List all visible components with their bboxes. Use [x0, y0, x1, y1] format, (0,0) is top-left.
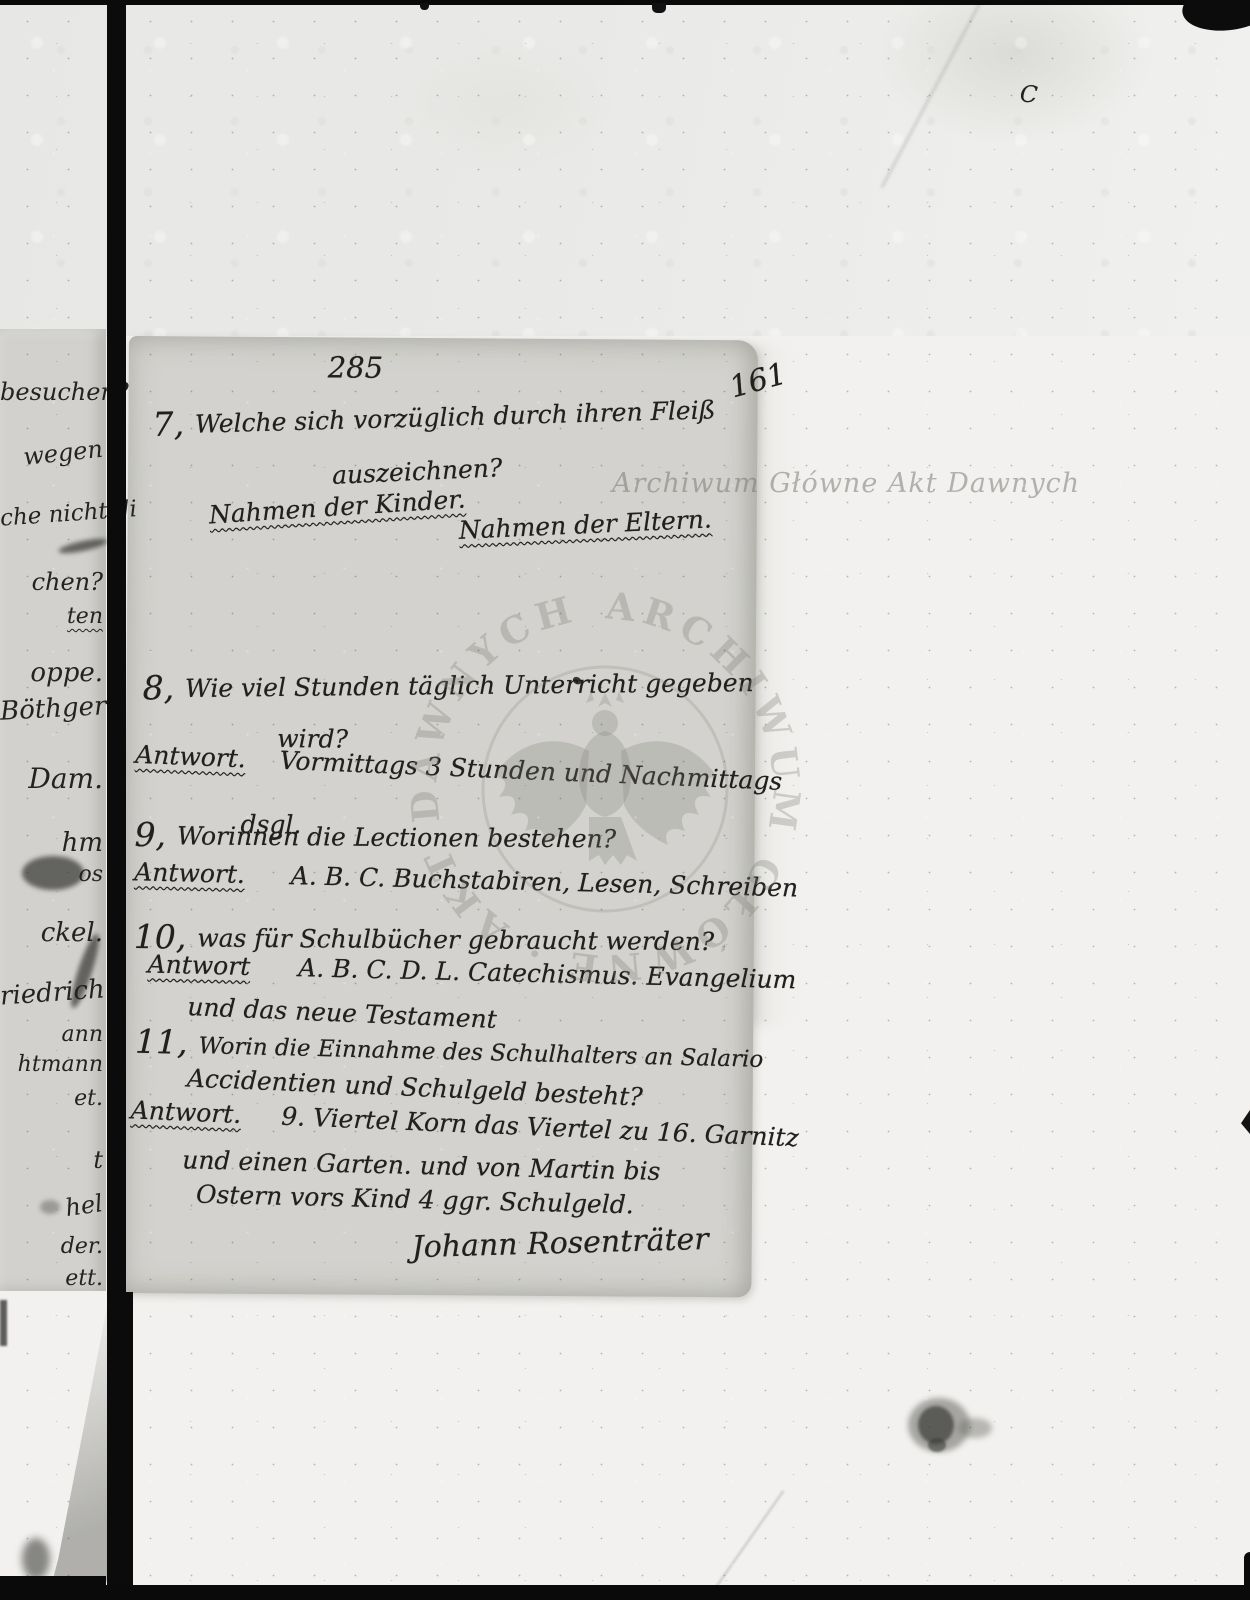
left-fragment: t [0, 1146, 105, 1174]
left-fragment: oppe. [0, 658, 105, 688]
left-edge-smear [0, 1300, 7, 1346]
left-fragment: der. [0, 1234, 105, 1259]
question-10-number: 10, [134, 920, 187, 953]
signature: Johann Rosenträter [411, 1223, 709, 1266]
answer-11-label: Antwort. [130, 1096, 242, 1129]
book-gutter-bar-lower [112, 1292, 133, 1600]
paper-crease-bottom [714, 1490, 784, 1589]
question-8-text: Wie viel Stunden täglich Unterricht gege… [185, 669, 754, 704]
bottom-left-smudge [22, 1538, 50, 1580]
left-fragment: ann [0, 1022, 105, 1047]
left-fragment: Dam. [0, 762, 105, 795]
right-edge-mark [1241, 1110, 1250, 1134]
question-7: 7, Welche sich vorzüglich durch ihren Fl… [152, 392, 716, 441]
top-black-edge [0, 0, 1250, 5]
answer-11-text-3: Ostern vors Kind 4 ggr. Schulgeld. [196, 1181, 634, 1220]
left-fragment: et. [0, 1086, 105, 1111]
question-9-number: 9, [134, 818, 166, 851]
bottom-black-edge [0, 1585, 1250, 1600]
question-7-text-2: auszeichnen? [331, 454, 502, 490]
question-7-number: 7, [152, 407, 184, 441]
answer-10-label: Antwort [147, 950, 250, 981]
answer-11-text: 9. Viertel Korn das Viertel zu 16. Garni… [281, 1103, 800, 1153]
left-fragment: hm [0, 828, 105, 858]
bottom-black-edge-left [0, 1576, 106, 1600]
stray-c-mark: C [1019, 81, 1038, 109]
question-8-number: 8, [142, 671, 174, 704]
left-fragment: Böthger [0, 691, 106, 726]
paper-mottle-texture [0, 4, 1250, 336]
right-edge-black-sliver [1244, 1552, 1250, 1600]
left-fragment: os [0, 862, 105, 887]
column-header-children: Nahmen der Kinder. [208, 485, 466, 530]
stain-blob [958, 1418, 992, 1438]
left-fragment: ett. [0, 1266, 105, 1291]
question-11-number: 11, [135, 1025, 188, 1059]
archival-scan: besuchen? wegen che nicht di chen? ten o… [0, 0, 1250, 1600]
answer-8: Antwort. Vormittags 3 Stunden und Nachmi… [135, 741, 783, 797]
left-fragment: ten [0, 604, 105, 629]
answer-8-label: Antwort. [135, 741, 247, 774]
left-fragment: chen? [0, 568, 105, 596]
gutter-shadow-wedge [52, 1296, 114, 1582]
manuscript-page: 285 161 7, Welche sich vorzüglich durch … [122, 336, 758, 1297]
answer-8-text: Vormittags 3 Stunden und Nachmittags [279, 747, 783, 797]
page-number-center: 285 [328, 351, 384, 385]
answer-9-label: Antwort. [134, 858, 245, 889]
question-10-text: was für Schulbücher gebraucht werden? [197, 925, 714, 957]
top-edge-nub [420, 3, 429, 10]
question-7-text: Welche sich vorzüglich durch ihren Fleiß [195, 397, 716, 440]
left-fragment: htmann [0, 1052, 105, 1077]
answer-10: Antwort A. B. C. D. L. Catechismus. Evan… [147, 950, 796, 995]
answer-10-text: A. B. C. D. L. Catechismus. Evangelium [298, 954, 797, 995]
left-fragment: besuchen? [0, 378, 105, 406]
answer-9-text: A. B. C. Buchstabiren, Lesen, Schreiben [291, 862, 799, 903]
answer-9: Antwort. A. B. C. Buchstabiren, Lesen, S… [134, 858, 798, 903]
question-9-text: Worinnen die Lectionen bestehen? [177, 823, 616, 855]
column-header-parents: Nahmen der Eltern. [458, 505, 712, 545]
top-edge-nub [652, 3, 666, 13]
left-fragment: ckel. [0, 918, 105, 948]
question-8: 8, Wie viel Stunden täglich Unterricht g… [142, 665, 753, 704]
question-9: 9, Worinnen die Lectionen bestehen? [134, 818, 616, 854]
stain-blob [928, 1438, 946, 1452]
